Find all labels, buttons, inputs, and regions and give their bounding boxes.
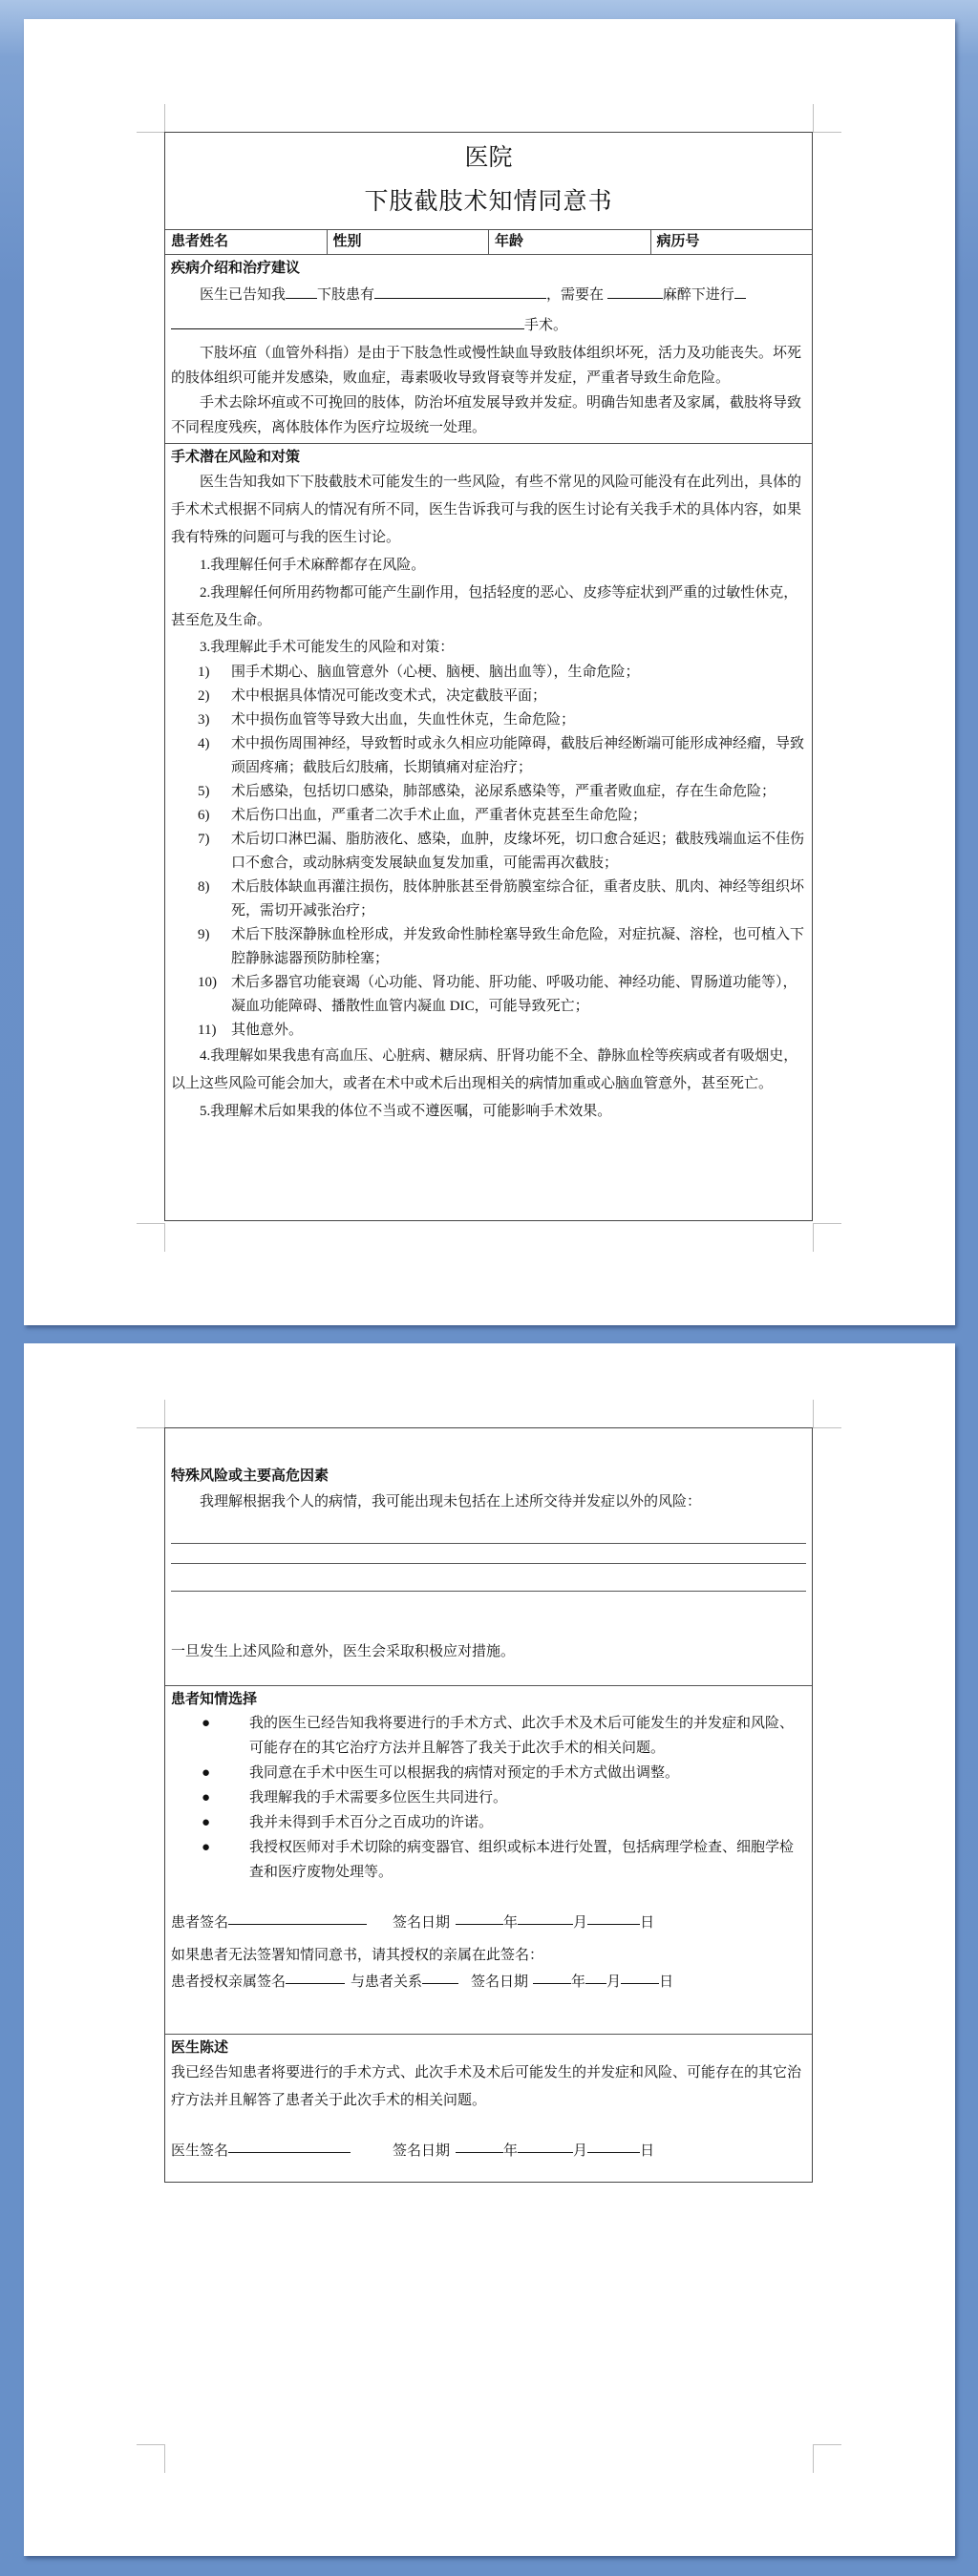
risk-text: 术中损伤血管等导致大出血，失血性休克，生命危险； (231, 708, 806, 732)
risk-number: 6) (198, 804, 231, 828)
special-risks-text: 我理解根据我个人的病情，我可能出现未包括在上述所交待并发症以外的风险： (171, 1488, 806, 1516)
margin-mark-bottom-right (813, 2444, 841, 2473)
proxy-note: 如果患者无法签署知情同意书，请其授权的亲属在此签名： (171, 1942, 806, 1969)
disease-intro-section: 疾病介绍和治疗建议 医生已告知我下肢患有，需要在 麻醉下进行 手术。 下肢坏疽（… (165, 255, 812, 444)
patient-choice-list: ●我的医生已经告知我将要进行的手术方式、此次手术及术后可能发生的并发症和风险、可… (171, 1711, 806, 1885)
month-label: 月 (573, 1910, 587, 1936)
relation-field[interactable] (422, 1969, 458, 1984)
patient-info-row: 患者姓名 性别 年龄 病历号 (165, 230, 812, 255)
risk-number: 3) (198, 708, 231, 732)
document-page-2: 特殊风险或主要高危因素 我理解根据我个人的病情，我可能出现未包括在上述所交待并发… (24, 1343, 955, 2556)
risk-number: 1) (198, 661, 231, 685)
margin-mark-top-right (813, 1400, 841, 1428)
specific-risk-item: 2)术中根据具体情况可能改变术式，决定截肢平面； (171, 685, 806, 708)
patient-choice-item: ●我的医生已经告知我将要进行的手术方式、此次手术及术后可能发生的并发症和风险、可… (171, 1711, 806, 1761)
bullet-icon: ● (202, 1785, 249, 1810)
month-field[interactable] (518, 1910, 573, 1925)
specific-risk-item: 3)术中损伤血管等导致大出血，失血性休克，生命危险； (171, 708, 806, 732)
consent-form-table-continued: 特殊风险或主要高危因素 我理解根据我个人的病情，我可能出现未包括在上述所交待并发… (164, 1427, 813, 2183)
day-label: 日 (659, 1969, 673, 1995)
day-field[interactable] (587, 1910, 640, 1925)
side-blank[interactable] (286, 284, 317, 299)
risks-section: 手术潜在风险和对策 医生告知我如下下肢截肢术可能发生的一些风险，有些不常见的风险… (165, 444, 812, 1129)
specific-risk-item: 4)术中损伤周围神经，导致暂时或永久相应功能障碍，截肢后神经断端可能形成神经瘤，… (171, 732, 806, 780)
text: 麻醉下进行 (663, 287, 734, 303)
specific-risk-item: 11)其他意外。 (171, 1019, 806, 1043)
amputation-paragraph: 手术去除坏疽或不可挽回的肢体，防治坏疽发展导致并发症。明确告知患者及家属，截肢将… (171, 391, 806, 440)
diagnosis-sentence: 医生已告知我下肢患有，需要在 麻醉下进行 (171, 280, 806, 310)
special-risks-section: 特殊风险或主要高危因素 我理解根据我个人的病情，我可能出现未包括在上述所交待并发… (165, 1428, 812, 1686)
choice-text: 我的医生已经告知我将要进行的手术方式、此次手术及术后可能发生的并发症和风险、可能… (249, 1711, 806, 1761)
section-heading: 患者知情选择 (171, 1688, 806, 1711)
risk-item-3: 3.我理解此手术可能发生的风险和对策： (171, 635, 806, 661)
special-risk-line-2[interactable] (171, 1544, 806, 1564)
bullet-icon: ● (202, 1810, 249, 1835)
surgery-blank[interactable] (171, 314, 524, 329)
consent-form-table: 医院 下肢截肢术知情同意书 患者姓名 性别 年龄 病历号 疾病介绍和治疗建议 医… (164, 132, 813, 1221)
day-field[interactable] (587, 2138, 640, 2153)
day-label: 日 (640, 2138, 654, 2164)
hospital-name: 医院 (165, 133, 812, 173)
doctor-statement-text: 我已经告知患者将要进行的手术方式、此次手术及术后可能发生的并发症和风险、可能存在… (171, 2059, 806, 2115)
specific-risk-item: 8)术后肢体缺血再灌注损伤，肢体肿胀甚至骨筋膜室综合征，重者皮肤、肌肉、神经等组… (171, 876, 806, 923)
section-heading: 疾病介绍和治疗建议 (171, 257, 806, 280)
text: 手术。 (524, 318, 567, 333)
specific-risk-item: 9)术后下肢深静脉血栓形成，并发致命性肺栓塞导致生命危险，对症抗凝、溶栓，也可植… (171, 923, 806, 971)
month-label: 月 (606, 1969, 621, 1995)
patient-choice-item: ●我并未得到手术百分之百成功的许诺。 (171, 1810, 806, 1835)
proxy-sign-label: 患者授权亲属签名 (171, 1969, 286, 1995)
bullet-icon: ● (202, 1835, 249, 1885)
patient-choice-item: ●我理解我的手术需要多位医生共同进行。 (171, 1785, 806, 1810)
risk-number: 8) (198, 876, 231, 923)
surgery-line: 手术。 (171, 310, 806, 341)
risk-text: 术后感染，包括切口感染，肺部感染，泌尿系感染等，严重者败血症，存在生命危险； (231, 780, 806, 804)
risk-number: 10) (198, 971, 231, 1019)
section-heading: 特殊风险或主要高危因素 (171, 1465, 806, 1488)
patient-signature-row: 患者签名 签名日期 年 月 日 (171, 1910, 806, 1936)
gender-field[interactable]: 性别 (328, 230, 490, 254)
special-risk-line-3[interactable] (171, 1564, 806, 1592)
bullet-icon: ● (202, 1711, 249, 1761)
year-field[interactable] (456, 1910, 503, 1925)
document-title: 下肢截肢术知情同意书 (165, 188, 812, 217)
year-field[interactable] (456, 2138, 503, 2153)
risk-text: 术后多器官功能衰竭（心功能、肾功能、肝功能、呼吸功能、神经功能、胃肠道功能等），… (231, 971, 806, 1019)
relation-label: 与患者关系 (351, 1969, 422, 1995)
patient-signature-field[interactable] (228, 1910, 367, 1925)
risk-item-2: 2.我理解任何所用药物都可能产生副作用，包括轻度的恶心、皮疹等症状到严重的过敏性… (171, 580, 806, 635)
condition-blank[interactable] (374, 284, 546, 299)
bullet-icon: ● (202, 1761, 249, 1785)
margin-mark-top-right (813, 104, 841, 133)
risks-intro: 医生告知我如下下肢截肢术可能发生的一些风险，有些不常见的风险可能没有在此列出，具… (171, 469, 806, 552)
proxy-sign-date-label: 签名日期 (471, 1969, 528, 1995)
risk-text: 术中损伤周围神经，导致暂时或永久相应功能障碍，截肢后神经断端可能形成神经瘤，导致… (231, 732, 806, 780)
risk-number: 2) (198, 685, 231, 708)
gangrene-paragraph: 下肢坏疽（血管外科指）是由于下肢急性或慢性缺血导致肢体组织坏死，活力及功能丧失。… (171, 341, 806, 391)
year-label: 年 (571, 1969, 585, 1995)
patient-name-field[interactable]: 患者姓名 (165, 230, 328, 254)
specific-risk-item: 10)术后多器官功能衰竭（心功能、肾功能、肝功能、呼吸功能、神经功能、胃肠道功能… (171, 971, 806, 1019)
risk-text: 术后肢体缺血再灌注损伤，肢体肿胀甚至骨筋膜室综合征，重者皮肤、肌肉、神经等组织坏… (231, 876, 806, 923)
risk-number: 4) (198, 732, 231, 780)
choice-text: 我同意在手术中医生可以根据我的病情对预定的手术方式做出调整。 (249, 1761, 679, 1785)
risk-number: 7) (198, 828, 231, 876)
sign-date-label: 签名日期 (393, 1910, 450, 1936)
surgery-blank-start[interactable] (734, 284, 746, 299)
risk-number: 5) (198, 780, 231, 804)
margin-mark-bottom-right (813, 1223, 841, 1252)
proxy-signature-field[interactable] (286, 1969, 345, 1984)
specific-risk-item: 7)术后切口淋巴漏、脂肪液化、感染，血肿，皮缘坏死，切口愈合延迟；截肢残端血运不… (171, 828, 806, 876)
document-page-1: 医院 下肢截肢术知情同意书 患者姓名 性别 年龄 病历号 疾病介绍和治疗建议 医… (24, 19, 955, 1325)
specific-risk-item: 5)术后感染，包括切口感染，肺部感染，泌尿系感染等，严重者败血症，存在生命危险； (171, 780, 806, 804)
risk-number: 11) (198, 1019, 231, 1043)
choice-text: 我授权医师对手术切除的病变器官、组织或标本进行处置，包括病理学检查、细胞学检查和… (249, 1835, 806, 1885)
margin-mark-bottom-left (137, 2444, 165, 2473)
day-label: 日 (640, 1910, 654, 1936)
year-label: 年 (503, 2138, 518, 2164)
margin-mark-top-left (137, 1400, 165, 1428)
record-number-field[interactable]: 病历号 (651, 230, 813, 254)
doctor-sign-label: 医生签名 (171, 2138, 228, 2164)
risk-text: 其他意外。 (231, 1019, 806, 1043)
specific-risks-list: 1)围手术期心、脑血管意外（心梗、脑梗、脑出血等），生命危险；2)术中根据具体情… (171, 661, 806, 1043)
proxy-month-field[interactable] (585, 1969, 606, 1984)
margin-mark-bottom-left (137, 1223, 165, 1252)
anesthesia-blank[interactable] (607, 284, 663, 299)
text: 下肢患有 (317, 287, 374, 303)
specific-risk-item: 6)术后伤口出血，严重者二次手术止血，严重者休克甚至生命危险； (171, 804, 806, 828)
sign-date-label: 签名日期 (393, 2138, 450, 2164)
risk-item-1: 1.我理解任何手术麻醉都存在风险。 (171, 552, 806, 580)
patient-sign-label: 患者签名 (171, 1910, 228, 1936)
month-field[interactable] (518, 2138, 573, 2153)
proxy-day-field[interactable] (621, 1969, 659, 1984)
special-risks-closing: 一旦发生上述风险和意外，医生会采取积极应对措施。 (171, 1639, 806, 1664)
doctor-signature-field[interactable] (228, 2138, 351, 2153)
text: 医生已告知我 (200, 287, 286, 303)
doctor-signature-row: 医生签名 签名日期 年 月 日 (171, 2138, 806, 2164)
section-heading: 医生陈述 (171, 2037, 806, 2059)
choice-text: 我理解我的手术需要多位医生共同进行。 (249, 1785, 507, 1810)
patient-choice-section: 患者知情选择 ●我的医生已经告知我将要进行的手术方式、此次手术及术后可能发生的并… (165, 1686, 812, 2035)
choice-text: 我并未得到手术百分之百成功的许诺。 (249, 1810, 493, 1835)
risk-text: 术后下肢深静脉血栓形成，并发致命性肺栓塞导致生命危险，对症抗凝、溶栓，也可植入下… (231, 923, 806, 971)
risk-item-4: 4.我理解如果我患有高血压、心脏病、糖尿病、肝肾功能不全、静脉血栓等疾病或者有吸… (171, 1043, 806, 1098)
month-label: 月 (573, 2138, 587, 2164)
risk-item-5: 5.我理解术后如果我的体位不当或不遵医嘱，可能影响手术效果。 (171, 1098, 806, 1126)
proxy-year-field[interactable] (533, 1969, 571, 1984)
patient-choice-item: ●我授权医师对手术切除的病变器官、组织或标本进行处置，包括病理学检查、细胞学检查… (171, 1835, 806, 1885)
risk-text: 术中根据具体情况可能改变术式，决定截肢平面； (231, 685, 806, 708)
margin-mark-top-left (137, 104, 165, 133)
age-field[interactable]: 年龄 (489, 230, 651, 254)
title-block: 医院 下肢截肢术知情同意书 (165, 133, 812, 230)
patient-choice-item: ●我同意在手术中医生可以根据我的病情对预定的手术方式做出调整。 (171, 1761, 806, 1785)
section-heading: 手术潜在风险和对策 (171, 446, 806, 469)
risk-text: 术后伤口出血，严重者二次手术止血，严重者休克甚至生命危险； (231, 804, 806, 828)
specific-risk-item: 1)围手术期心、脑血管意外（心梗、脑梗、脑出血等），生命危险； (171, 661, 806, 685)
special-risk-line-1[interactable] (171, 1516, 806, 1544)
doctor-statement-section: 医生陈述 我已经告知患者将要进行的手术方式、此次手术及术后可能发生的并发症和风险… (165, 2035, 812, 2167)
risk-number: 9) (198, 923, 231, 971)
proxy-signature-row: 患者授权亲属签名 与患者关系 签名日期 年 月 日 (171, 1969, 806, 1995)
text: ，需要在 (546, 287, 604, 303)
year-label: 年 (503, 1910, 518, 1936)
risk-text: 术后切口淋巴漏、脂肪液化、感染，血肿，皮缘坏死，切口愈合延迟；截肢残端血运不佳伤… (231, 828, 806, 876)
risk-text: 围手术期心、脑血管意外（心梗、脑梗、脑出血等），生命危险； (231, 661, 806, 685)
